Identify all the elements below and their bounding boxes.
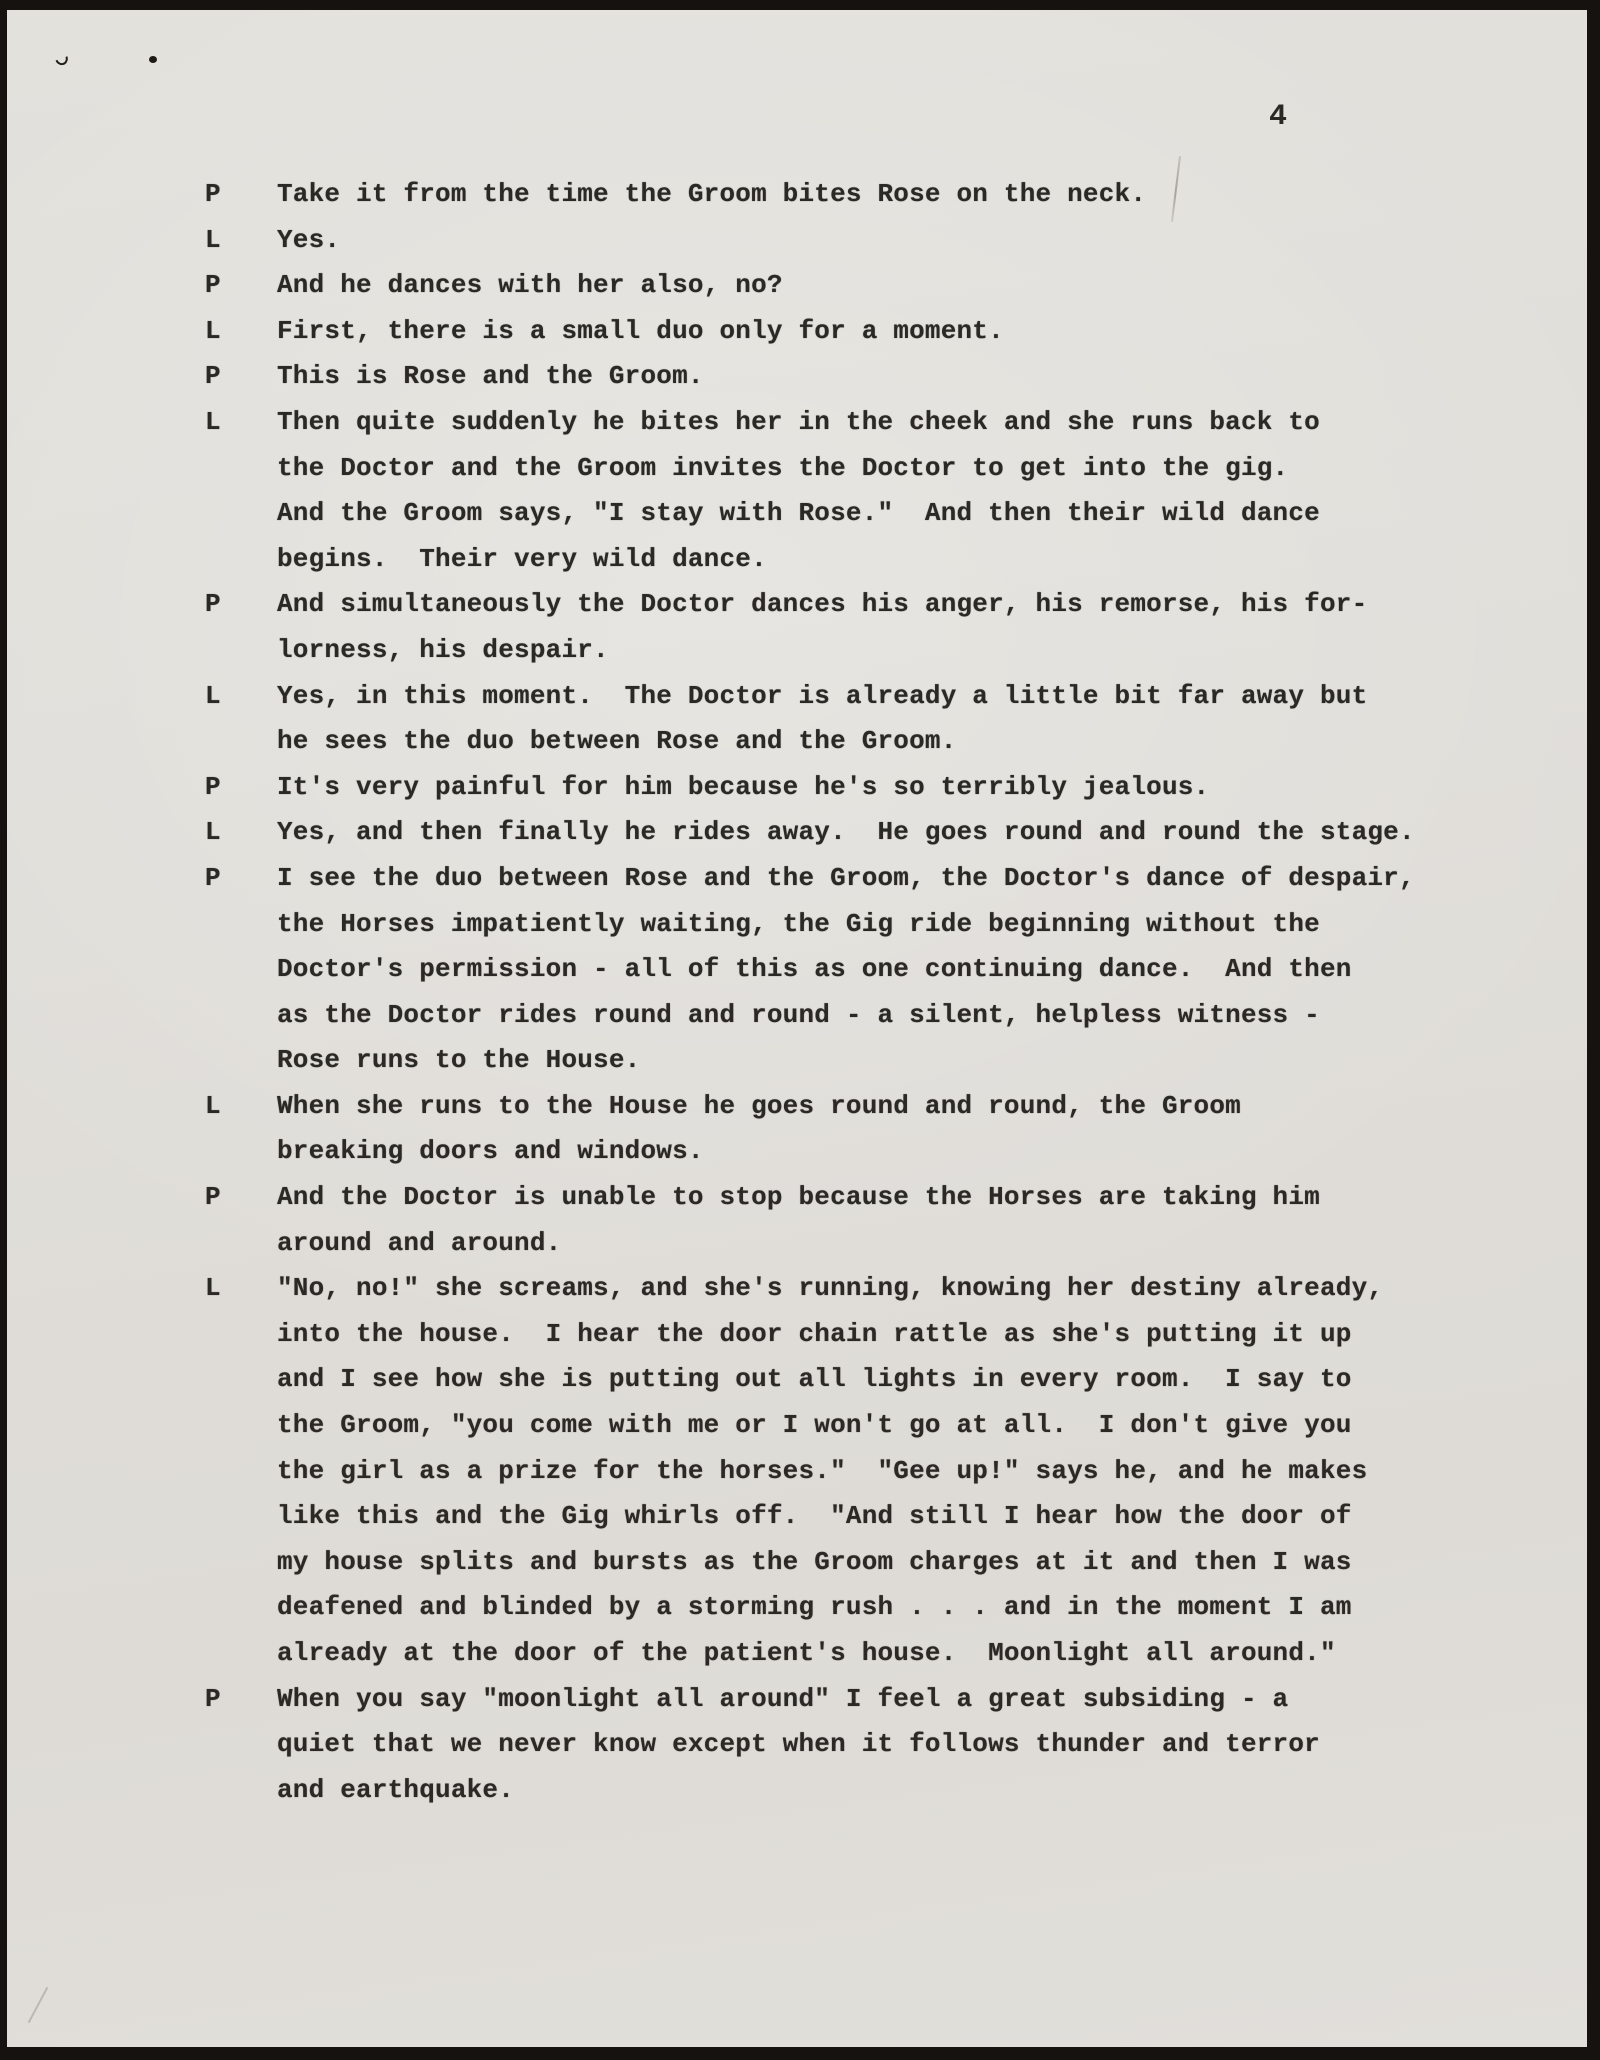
speech-line: It's very painful for him because he's s… xyxy=(277,765,1485,811)
speech-line: And the Doctor is unable to stop because… xyxy=(277,1175,1485,1221)
speech-lines: Yes, and then finally he rides away. He … xyxy=(277,810,1485,856)
speech-line: I see the duo between Rose and the Groom… xyxy=(277,856,1485,902)
speaker-label: L xyxy=(205,1266,277,1312)
speech-line: When you say "moonlight all around" I fe… xyxy=(277,1677,1485,1723)
speaker-label: L xyxy=(205,674,277,720)
speech-lines: "No, no!" she screams, and she's running… xyxy=(277,1266,1485,1676)
dialogue-transcript: PTake it from the time the Groom bites R… xyxy=(205,172,1485,1813)
speech-lines: When she runs to the House he goes round… xyxy=(277,1084,1485,1175)
speech-lines: And simultaneously the Doctor dances his… xyxy=(277,582,1485,673)
paper: 4 PTake it from the time the Groom bites… xyxy=(7,10,1587,2047)
speaker-label: L xyxy=(205,400,277,446)
speech-line: And simultaneously the Doctor dances his… xyxy=(277,582,1485,628)
speech-lines: Then quite suddenly he bites her in the … xyxy=(277,400,1485,582)
speaker-label: P xyxy=(205,856,277,902)
speaker-label: P xyxy=(205,765,277,811)
speech-lines: Yes. xyxy=(277,218,1485,264)
speech-line: and I see how she is putting out all lig… xyxy=(277,1357,1485,1403)
speaker-label: P xyxy=(205,1677,277,1723)
dialogue-turn: L"No, no!" she screams, and she's runnin… xyxy=(205,1266,1485,1676)
speech-line: Rose runs to the House. xyxy=(277,1038,1485,1084)
speech-lines: And the Doctor is unable to stop because… xyxy=(277,1175,1485,1266)
speech-line: Doctor's permission - all of this as one… xyxy=(277,947,1485,993)
speech-line: like this and the Gig whirls off. "And s… xyxy=(277,1494,1485,1540)
speech-lines: First, there is a small duo only for a m… xyxy=(277,309,1485,355)
speech-line: Yes, in this moment. The Doctor is alrea… xyxy=(277,674,1485,720)
speaker-label: P xyxy=(205,354,277,400)
scan-artifact-dot xyxy=(149,56,157,63)
speech-line: the girl as a prize for the horses." "Ge… xyxy=(277,1449,1485,1495)
speech-line: And he dances with her also, no? xyxy=(277,263,1485,309)
dialogue-turn: PWhen you say "moonlight all around" I f… xyxy=(205,1677,1485,1814)
speech-lines: Yes, in this moment. The Doctor is alrea… xyxy=(277,674,1485,765)
dialogue-turn: PIt's very painful for him because he's … xyxy=(205,765,1485,811)
speech-line: Yes, and then finally he rides away. He … xyxy=(277,810,1485,856)
speech-line: deafened and blinded by a storming rush … xyxy=(277,1585,1485,1631)
speech-line: my house splits and bursts as the Groom … xyxy=(277,1540,1485,1586)
dialogue-turn: PTake it from the time the Groom bites R… xyxy=(205,172,1485,218)
dialogue-turn: LYes, in this moment. The Doctor is alre… xyxy=(205,674,1485,765)
dialogue-turn: PAnd the Doctor is unable to stop becaus… xyxy=(205,1175,1485,1266)
speech-line: around and around. xyxy=(277,1221,1485,1267)
speech-line: breaking doors and windows. xyxy=(277,1129,1485,1175)
speech-line: This is Rose and the Groom. xyxy=(277,354,1485,400)
speech-lines: And he dances with her also, no? xyxy=(277,263,1485,309)
dialogue-turn: PI see the duo between Rose and the Groo… xyxy=(205,856,1485,1084)
scan-artifact-smudge xyxy=(28,1987,49,2023)
speech-line: the Doctor and the Groom invites the Doc… xyxy=(277,446,1485,492)
speech-line: as the Doctor rides round and round - a … xyxy=(277,993,1485,1039)
speaker-label: P xyxy=(205,1175,277,1221)
speech-line: the Horses impatiently waiting, the Gig … xyxy=(277,902,1485,948)
page-number: 4 xyxy=(1269,100,1287,134)
speech-line: And the Groom says, "I stay with Rose." … xyxy=(277,491,1485,537)
speech-line: and earthquake. xyxy=(277,1768,1485,1814)
speaker-label: L xyxy=(205,810,277,856)
speaker-label: P xyxy=(205,172,277,218)
speaker-label: P xyxy=(205,263,277,309)
dialogue-turn: LFirst, there is a small duo only for a … xyxy=(205,309,1485,355)
speaker-label: L xyxy=(205,218,277,264)
speech-lines: Take it from the time the Groom bites Ro… xyxy=(277,172,1485,218)
speaker-label: L xyxy=(205,309,277,355)
dialogue-turn: LYes. xyxy=(205,218,1485,264)
speech-line: Then quite suddenly he bites her in the … xyxy=(277,400,1485,446)
speech-lines: I see the duo between Rose and the Groom… xyxy=(277,856,1485,1084)
scanned-page: 4 PTake it from the time the Groom bites… xyxy=(0,0,1600,2060)
dialogue-turn: LYes, and then finally he rides away. He… xyxy=(205,810,1485,856)
speech-line: Take it from the time the Groom bites Ro… xyxy=(277,172,1485,218)
speech-lines: When you say "moonlight all around" I fe… xyxy=(277,1677,1485,1814)
scan-artifact-mark xyxy=(53,50,70,67)
speaker-label: P xyxy=(205,582,277,628)
speech-lines: This is Rose and the Groom. xyxy=(277,354,1485,400)
dialogue-turn: PAnd simultaneously the Doctor dances hi… xyxy=(205,582,1485,673)
speech-line: into the house. I hear the door chain ra… xyxy=(277,1312,1485,1358)
speech-line: "No, no!" she screams, and she's running… xyxy=(277,1266,1485,1312)
speech-lines: It's very painful for him because he's s… xyxy=(277,765,1485,811)
speech-line: First, there is a small duo only for a m… xyxy=(277,309,1485,355)
speech-line: the Groom, "you come with me or I won't … xyxy=(277,1403,1485,1449)
dialogue-turn: LWhen she runs to the House he goes roun… xyxy=(205,1084,1485,1175)
dialogue-turn: PAnd he dances with her also, no? xyxy=(205,263,1485,309)
speech-line: quiet that we never know except when it … xyxy=(277,1722,1485,1768)
dialogue-turn: PThis is Rose and the Groom. xyxy=(205,354,1485,400)
speaker-label: L xyxy=(205,1084,277,1130)
speech-line: begins. Their very wild dance. xyxy=(277,537,1485,583)
speech-line: When she runs to the House he goes round… xyxy=(277,1084,1485,1130)
speech-line: lorness, his despair. xyxy=(277,628,1485,674)
speech-line: Yes. xyxy=(277,218,1485,264)
speech-line: he sees the duo between Rose and the Gro… xyxy=(277,719,1485,765)
dialogue-turn: LThen quite suddenly he bites her in the… xyxy=(205,400,1485,582)
speech-line: already at the door of the patient's hou… xyxy=(277,1631,1485,1677)
